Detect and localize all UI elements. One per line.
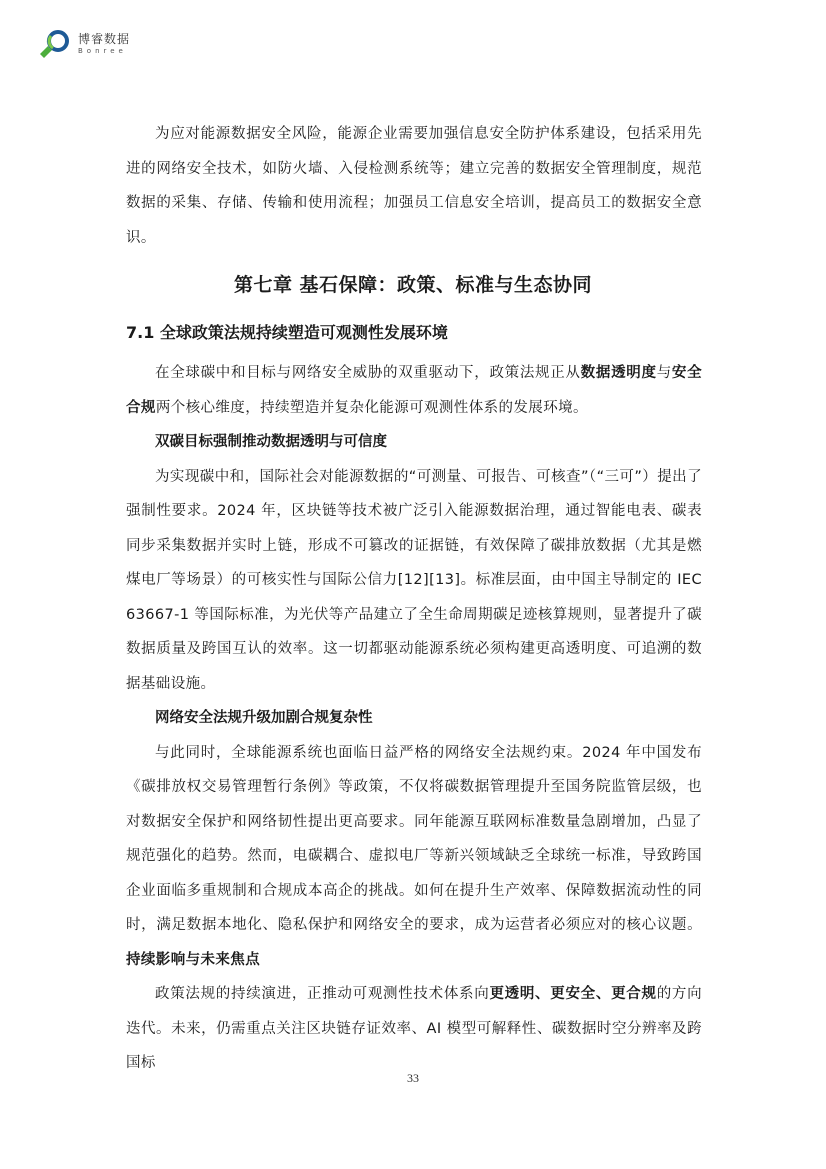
section-intro-paragraph: 在全球碳中和目标与网络安全威胁的双重驱动下，政策法规正从数据透明度与安全合规两个… xyxy=(126,356,702,425)
logo-english-name: Bonree xyxy=(78,48,130,55)
text-run: 两个核心维度，持续塑造并复杂化能源可观测性体系的发展环境。 xyxy=(156,400,588,416)
section-body: 在全球碳中和目标与网络安全威胁的双重驱动下，政策法规正从数据透明度与安全合规两个… xyxy=(126,356,702,1081)
brand-logo: 博睿数据 Bonree xyxy=(38,28,130,60)
subsection-heading-dual-carbon: 双碳目标强制推动数据透明与可信度 xyxy=(126,425,702,460)
intro-block: 为应对能源数据安全风险，能源企业需要加强信息安全防护体系建设，包括采用先进的网络… xyxy=(126,117,702,255)
inline-heading-future-focus: 持续影响与未来焦点 xyxy=(126,952,260,968)
chapter-title: 第七章 基石保障：政策、标准与生态协同 xyxy=(0,270,826,297)
text-run: 与 xyxy=(657,365,672,381)
text-run: 与此同时，全球能源系统也面临日益严格的网络安全法规约束。2024 年中国发布《碳… xyxy=(126,745,702,934)
subsection-paragraph-cybersecurity: 与此同时，全球能源系统也面临日益严格的网络安全法规约束。2024 年中国发布《碳… xyxy=(126,736,702,978)
page-number: 33 xyxy=(0,1071,826,1086)
subsection-paragraph-dual-carbon: 为实现碳中和，国际社会对能源数据的“可测量、可报告、可核查”（“三可”）提出了强… xyxy=(126,460,702,702)
closing-paragraph: 政策法规的持续演进，正推动可观测性技术体系向更透明、更安全、更合规的方向迭代。未… xyxy=(126,977,702,1081)
bonree-logo-icon xyxy=(38,28,72,60)
text-run: 在全球碳中和目标与网络安全威胁的双重驱动下，政策法规正从 xyxy=(155,365,581,381)
subsection-heading-cybersecurity: 网络安全法规升级加剧合规复杂性 xyxy=(126,701,702,736)
bold-term-directions: 更透明、更安全、更合规 xyxy=(489,986,656,1002)
section-title: 7.1 全球政策法规持续塑造可观测性发展环境 xyxy=(126,320,448,343)
intro-paragraph: 为应对能源数据安全风险，能源企业需要加强信息安全防护体系建设，包括采用先进的网络… xyxy=(126,117,702,255)
text-run: 政策法规的持续演进，正推动可观测性技术体系向 xyxy=(155,986,489,1002)
bold-term-transparency: 数据透明度 xyxy=(581,365,657,381)
logo-chinese-name: 博睿数据 xyxy=(78,33,130,45)
